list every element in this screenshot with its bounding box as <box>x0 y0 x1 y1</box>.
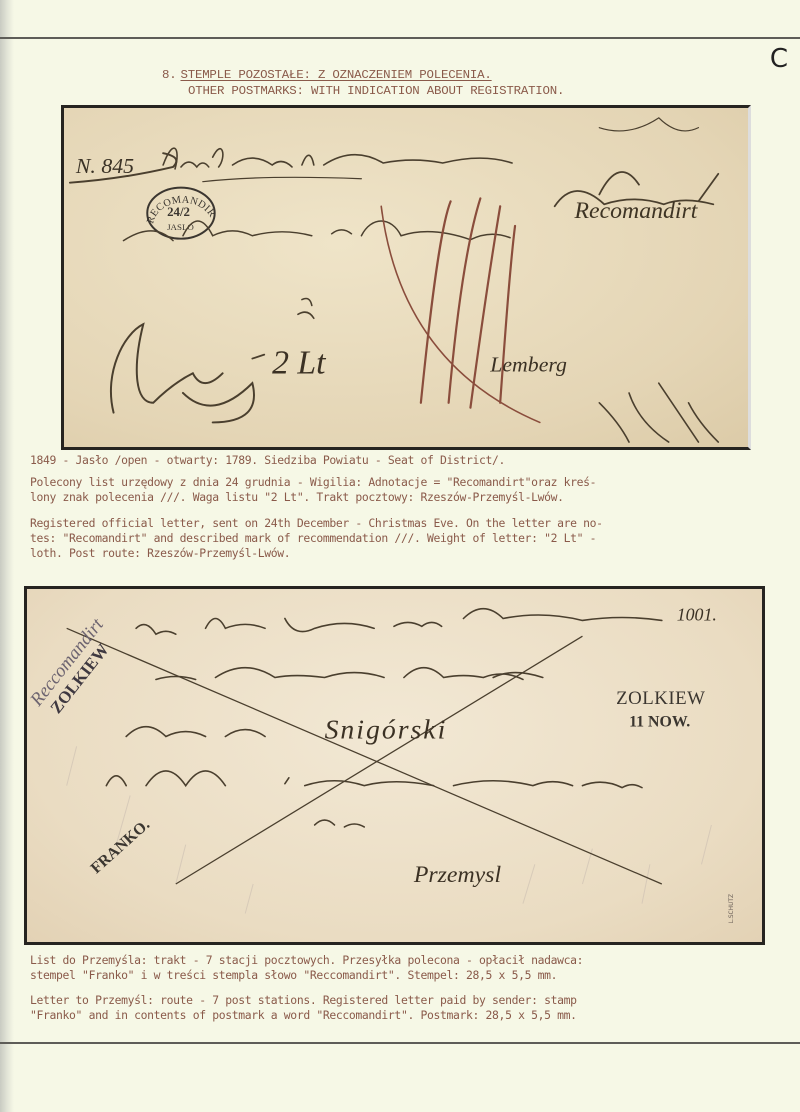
letter2-caption-pl-1: List do Przemyśla: trakt - 7 stacji pocz… <box>30 953 790 968</box>
docket-number-2: 1001. <box>677 605 717 625</box>
postmark-town: JASLO <box>167 222 194 232</box>
letter2-caption-pl-2: stempel "Franko" i w treści stempla słow… <box>30 968 790 983</box>
letter1-caption-en-3: loth. Post route: Rzeszów-Przemyśl-Lwów. <box>30 546 790 561</box>
heading-english: OTHER POSTMARKS: WITH INDICATION ABOUT R… <box>162 83 564 99</box>
cover-jaslo-artwork: N. 845 RECOMANDIRT 24/2 JASLO Recomandir… <box>64 108 748 447</box>
top-rule <box>0 37 800 39</box>
destination-handwritten: Lemberg <box>489 352 567 376</box>
section-heading: 8.STEMPLE POZOSTAŁE: Z OZNACZENIEM POLEC… <box>162 67 564 99</box>
address-line-5 <box>315 820 365 827</box>
letter1-caption-en-1: Registered official letter, sent on 24th… <box>30 516 790 531</box>
weight-note: 2 Lt <box>272 344 326 381</box>
page-edge-shadow <box>0 0 14 1112</box>
postmark-date: 24/2 <box>167 205 190 219</box>
bottom-rule <box>0 1042 800 1044</box>
letter1-caption-pl-1: Polecony list urzędowy z dnia 24 grudnia… <box>30 475 790 490</box>
docket-number: N. 845 <box>75 154 134 178</box>
registration-mark-strokes <box>381 198 540 422</box>
signature-flourish <box>111 324 254 422</box>
cover-zolkiew-artwork: Reccomandirt ZOLKIEW 1001. ZOLKIEW 11 NO… <box>27 589 762 942</box>
cover-image-zolkiew: Reccomandirt ZOLKIEW 1001. ZOLKIEW 11 NO… <box>24 586 765 945</box>
address-line-3 <box>126 727 265 737</box>
svg-text:L.SCHUTZ: L.SCHUTZ <box>729 894 735 923</box>
addressee-name: Snigórski <box>325 714 448 745</box>
routing-mark <box>298 298 314 318</box>
svg-text:11 NOW.: 11 NOW. <box>629 714 690 731</box>
svg-text:FRANKO.: FRANKO. <box>88 816 153 877</box>
address-line-4 <box>106 771 642 788</box>
address-line-1 <box>163 148 512 169</box>
letter1-caption-header: 1849 - Jasło /open - otwarty: 1789. Sied… <box>30 453 790 468</box>
address-line-2 <box>156 668 543 680</box>
reccomandirt-diagonal-postmark: Reccomandirt ZOLKIEW <box>27 614 123 722</box>
heading-polish: STEMPLE POZOSTAŁE: Z OZNACZENIEM POLECEN… <box>180 68 491 82</box>
cross-line-1 <box>67 628 662 884</box>
printer-imprint: L.SCHUTZ <box>729 894 735 923</box>
corner-flourishes <box>599 383 718 442</box>
recomandirt-annotation: Recomandirt <box>574 198 699 224</box>
page-marker: C <box>770 44 788 74</box>
svg-text:ZOLKIEW: ZOLKIEW <box>616 688 705 709</box>
letter1-caption-en-2: tes: "Recomandirt" and described mark of… <box>30 531 790 546</box>
address-line-1 <box>136 609 662 635</box>
section-number: 8. <box>162 68 176 82</box>
letter1-caption-pl-2: lony znak polecenia ///. Waga listu "2 L… <box>30 490 790 505</box>
franko-postmark: FRANKO. <box>88 816 153 877</box>
letter2-caption-en-2: "Franko" and in contents of postmark a w… <box>30 1008 790 1023</box>
destination-handwritten: Przemysl <box>413 862 502 888</box>
letter2-caption-en-1: Letter to Przemyśl: route - 7 post stati… <box>30 993 790 1008</box>
cover-image-jaslo: N. 845 RECOMANDIRT 24/2 JASLO Recomandir… <box>61 105 751 450</box>
zolkiew-straight-postmark: ZOLKIEW 11 NOW. <box>616 688 705 731</box>
